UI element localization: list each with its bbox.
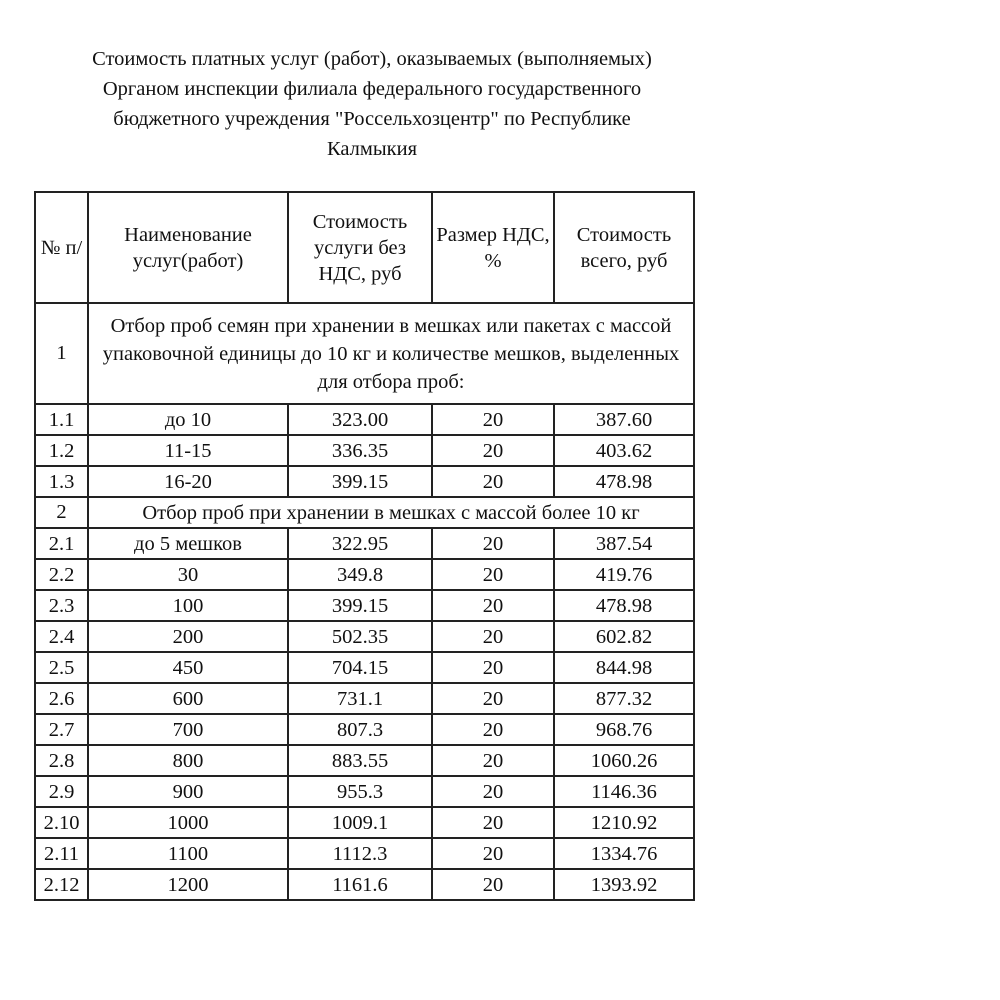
vat-rate: 20	[432, 528, 554, 559]
title-line: Органом инспекции филиала федерального г…	[30, 74, 714, 104]
total-price: 1210.92	[554, 807, 694, 838]
total-price: 1393.92	[554, 869, 694, 900]
table-body: 1Отбор проб семян при хранении в мешках …	[35, 303, 694, 900]
row-number: 1.3	[35, 466, 88, 497]
service-name: 100	[88, 590, 288, 621]
service-name: до 5 мешков	[88, 528, 288, 559]
table-row: 2.8800883.55201060.26	[35, 745, 694, 776]
group-number: 2	[35, 497, 88, 528]
row-number: 1.1	[35, 404, 88, 435]
group-header-row: 2Отбор проб при хранении в мешках с масс…	[35, 497, 694, 528]
header-vat-rate: Размер НДС, %	[432, 192, 554, 303]
table-header-row: № п/ Наименование услуг(работ) Стоимость…	[35, 192, 694, 303]
title-line: Стоимость платных услуг (работ), оказыва…	[30, 44, 714, 74]
price-no-vat: 1161.6	[288, 869, 432, 900]
row-number: 2.3	[35, 590, 88, 621]
total-price: 844.98	[554, 652, 694, 683]
total-price: 478.98	[554, 466, 694, 497]
total-price: 968.76	[554, 714, 694, 745]
vat-rate: 20	[432, 683, 554, 714]
table-row: 2.1до 5 мешков322.9520387.54	[35, 528, 694, 559]
price-no-vat: 731.1	[288, 683, 432, 714]
table-row: 2.230349.820419.76	[35, 559, 694, 590]
table-row: 2.3100399.1520478.98	[35, 590, 694, 621]
group-title: Отбор проб семян при хранении в мешках и…	[88, 303, 694, 404]
total-price: 419.76	[554, 559, 694, 590]
total-price: 387.60	[554, 404, 694, 435]
service-name: 450	[88, 652, 288, 683]
total-price: 1334.76	[554, 838, 694, 869]
vat-rate: 20	[432, 838, 554, 869]
vat-rate: 20	[432, 621, 554, 652]
price-no-vat: 704.15	[288, 652, 432, 683]
total-price: 602.82	[554, 621, 694, 652]
row-number: 1.2	[35, 435, 88, 466]
table-row: 2.7700807.320968.76	[35, 714, 694, 745]
service-name: 1000	[88, 807, 288, 838]
total-price: 1146.36	[554, 776, 694, 807]
vat-rate: 20	[432, 590, 554, 621]
row-number: 2.10	[35, 807, 88, 838]
vat-rate: 20	[432, 745, 554, 776]
header-total-price: Стоимость всего, руб	[554, 192, 694, 303]
service-name: до 10	[88, 404, 288, 435]
vat-rate: 20	[432, 714, 554, 745]
table-row: 1.316-20399.1520478.98	[35, 466, 694, 497]
table-row: 2.1010001009.1201210.92	[35, 807, 694, 838]
vat-rate: 20	[432, 776, 554, 807]
table-row: 2.1212001161.6201393.92	[35, 869, 694, 900]
row-number: 2.5	[35, 652, 88, 683]
service-name: 1200	[88, 869, 288, 900]
table-row: 1.1до 10323.0020387.60	[35, 404, 694, 435]
price-no-vat: 322.95	[288, 528, 432, 559]
price-no-vat: 955.3	[288, 776, 432, 807]
vat-rate: 20	[432, 466, 554, 497]
service-name: 700	[88, 714, 288, 745]
price-no-vat: 323.00	[288, 404, 432, 435]
title-line: Калмыкия	[30, 134, 714, 164]
title-line: бюджетного учреждения "Россельхозцентр" …	[30, 104, 714, 134]
service-name: 30	[88, 559, 288, 590]
row-number: 2.4	[35, 621, 88, 652]
group-header-row: 1Отбор проб семян при хранении в мешках …	[35, 303, 694, 404]
table-row: 2.4200502.3520602.82	[35, 621, 694, 652]
header-price-no-vat: Стоимость услуги без НДС, руб	[288, 192, 432, 303]
table-row: 1.211-15336.3520403.62	[35, 435, 694, 466]
row-number: 2.2	[35, 559, 88, 590]
price-no-vat: 502.35	[288, 621, 432, 652]
vat-rate: 20	[432, 652, 554, 683]
price-no-vat: 807.3	[288, 714, 432, 745]
group-number: 1	[35, 303, 88, 404]
price-no-vat: 349.8	[288, 559, 432, 590]
row-number: 2.7	[35, 714, 88, 745]
table-row: 2.6600731.120877.32	[35, 683, 694, 714]
service-name: 1100	[88, 838, 288, 869]
price-no-vat: 399.15	[288, 590, 432, 621]
document-title: Стоимость платных услуг (работ), оказыва…	[30, 44, 714, 164]
service-name: 11-15	[88, 435, 288, 466]
service-name: 900	[88, 776, 288, 807]
service-name: 200	[88, 621, 288, 652]
total-price: 1060.26	[554, 745, 694, 776]
row-number: 2.9	[35, 776, 88, 807]
vat-rate: 20	[432, 869, 554, 900]
total-price: 877.32	[554, 683, 694, 714]
total-price: 403.62	[554, 435, 694, 466]
table-row: 2.5450704.1520844.98	[35, 652, 694, 683]
service-name: 600	[88, 683, 288, 714]
price-no-vat: 399.15	[288, 466, 432, 497]
group-title: Отбор проб при хранении в мешках с массо…	[88, 497, 694, 528]
vat-rate: 20	[432, 435, 554, 466]
total-price: 387.54	[554, 528, 694, 559]
table-row: 2.9900955.3201146.36	[35, 776, 694, 807]
vat-rate: 20	[432, 807, 554, 838]
row-number: 2.1	[35, 528, 88, 559]
price-table: № п/ Наименование услуг(работ) Стоимость…	[34, 191, 695, 901]
row-number: 2.12	[35, 869, 88, 900]
service-name: 800	[88, 745, 288, 776]
vat-rate: 20	[432, 404, 554, 435]
service-name: 16-20	[88, 466, 288, 497]
header-number: № п/	[35, 192, 88, 303]
price-no-vat: 1009.1	[288, 807, 432, 838]
total-price: 478.98	[554, 590, 694, 621]
table-row: 2.1111001112.3201334.76	[35, 838, 694, 869]
price-no-vat: 1112.3	[288, 838, 432, 869]
row-number: 2.11	[35, 838, 88, 869]
row-number: 2.6	[35, 683, 88, 714]
price-no-vat: 883.55	[288, 745, 432, 776]
price-no-vat: 336.35	[288, 435, 432, 466]
header-service-name: Наименование услуг(работ)	[88, 192, 288, 303]
row-number: 2.8	[35, 745, 88, 776]
vat-rate: 20	[432, 559, 554, 590]
